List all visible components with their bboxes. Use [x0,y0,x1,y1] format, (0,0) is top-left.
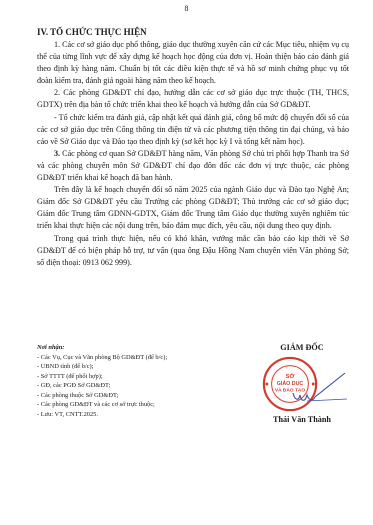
recipients-title: Nơi nhận: [37,343,237,353]
signer-name: Thái Văn Thành [255,415,349,424]
paragraph-text: 1. Các cơ sở giáo dục phổ thông, giáo dụ… [37,40,349,85]
paragraph-text: 2. Các phòng GD&ĐT chỉ đạo, hướng dẫn cá… [37,88,349,109]
section-heading: IV. TỔ CHỨC THỰC HIỆN [37,26,349,38]
recipient-item: - Sở TTTT (để phối hợp); [37,372,237,382]
section-body: IV. TỔ CHỨC THỰC HIỆN 1. Các cơ sở giáo … [37,26,349,269]
paragraph-text: - Tổ chức kiểm tra đánh giá, cập nhật kế… [37,113,349,146]
paragraph-3: - Tổ chức kiểm tra đánh giá, cập nhật kế… [37,112,349,148]
signature-block: GIÁM ĐỐC SỞ GIÁO DỤC VÀ ĐÀO TẠO Thái Văn… [255,343,349,352]
paragraph-2: 2. Các phòng GD&ĐT chỉ đạo, hướng dẫn cá… [37,87,349,111]
recipients-list: Nơi nhận: - Các Vụ, Cục và Văn phòng Bộ … [37,343,237,419]
signature-icon [285,365,349,409]
recipient-item: - Các phòng thuộc Sở GD&ĐT; [37,391,237,401]
paragraph-4: 3. Các phòng cơ quan Sở GD&ĐT hàng năm, … [37,148,349,184]
paragraph-text: Trong quá trình thực hiện, nếu có khó kh… [37,234,349,267]
paragraph-1: 1. Các cơ sở giáo dục phổ thông, giáo dụ… [37,39,349,87]
page-number: 8 [0,4,373,13]
recipient-item: - Các Vụ, Cục và Văn phòng Bộ GD&ĐT (để … [37,353,237,363]
paragraph-text: Trên đây là kế hoạch chuyển đổi số năm 2… [37,185,349,230]
signer-role: GIÁM ĐỐC [255,343,349,352]
paragraph-5: Trên đây là kế hoạch chuyển đổi số năm 2… [37,184,349,232]
document-footer: Nơi nhận: - Các Vụ, Cục và Văn phòng Bộ … [37,343,349,433]
recipient-item: - GĐ, các PGĐ Sở GD&ĐT; [37,381,237,391]
recipient-item: - UBND tỉnh (để b/c); [37,362,237,372]
paragraph-6: Trong quá trình thực hiện, nếu có khó kh… [37,233,349,269]
recipient-item: - Lưu: VT, CNTT.2025. [37,410,237,420]
recipient-item: - Các phòng GD&ĐT và các cơ sở trực thuộ… [37,400,237,410]
paragraph-text: Các phòng cơ quan Sở GD&ĐT hàng năm, Văn… [37,149,349,182]
